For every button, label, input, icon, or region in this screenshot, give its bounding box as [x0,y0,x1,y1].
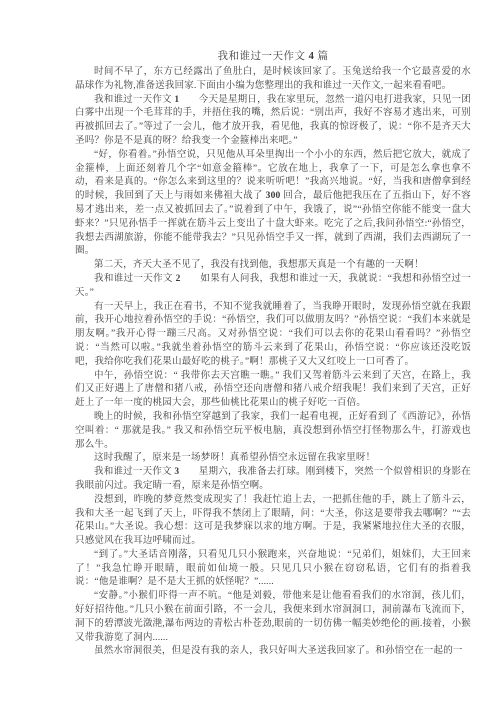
text-run: 我和谁过一天作文 [94,95,174,105]
document-canvas: { "page": { "background": "#ffffff", "te… [0,0,496,702]
text-run: 我和谁过一天作文 [218,51,309,62]
document-page: 我和谁过一天作文 4 篇 时间不早了，东方已经露出了鱼肚白，是时候该回家了。玉兔… [75,50,471,659]
paragraph: 时间不早了，东方已经露出了鱼肚白，是时候该回家了。玉兔送给我一个它最喜爱的水晶球… [75,66,471,94]
text-run: “到了。”大圣话音刚落，只看见几只小猴跑来，兴奋地说：“兄弟们，姐妹们，大王回来… [75,550,471,588]
text-run: “安静。”小猴们吓得一声不吭。“他是刘毅，带他来是让他看看我们的水帘洞，孩儿们，… [75,591,471,642]
paragraph: 有一天早上，我正在看书，不知不觉我就睡着了，当我睁开眼时，发现孙悟空就在我跟前，… [75,301,471,370]
document-title: 我和谁过一天作文 4 篇 [75,50,471,64]
text-run: 没想到，昨晚的梦竟然变成现实了！我赶忙追上去，一把抓住他的手，跳上了筋斗云，我和… [75,495,471,546]
paragraph: 晚上的时候，我和孙悟空穿越到了我家，我们一起看电视，正好看到了《西游记》，孙悟空… [75,411,471,452]
text-run: 第二天，齐天大圣不见了，我没有找到他，我想那天真是一个有趣的一天啊！ [94,260,424,270]
paragraph: 中午，孙悟空说：“ 我带你去天宫瞧一瞧。” 我们又驾着筋斗云来到了天宫，在路上，… [75,370,471,411]
paragraph: 这时我醒了，原来是一场梦呀！真希望孙悟空永远留在我家里呀！ [75,452,471,466]
text-run: 晚上的时候，我和孙悟空穿越到了我家，我们一起看电视，正好看到了《西游记》，孙悟空… [75,412,471,450]
text-run: 我和谁过一天作文 [94,467,174,477]
paragraph: 我和谁过一天作文 2 如果有人问我，我想和谁过一天，我就说：“我想和孙悟空过一天… [75,273,471,301]
text-run: 篇 [314,51,328,62]
text-run: 中午，孙悟空说：“ 我带你去天宫瞧一瞧。” 我们又驾着筋斗云来到了天宫，在路上，… [75,371,471,409]
paragraph: 没想到，昨晚的梦竟然变成现实了！我赶忙追上去，一把抓住他的手，跳上了筋斗云，我和… [75,494,471,549]
text-run: 时间不早了，东方已经露出了鱼肚白，是时候该回家了。玉兔送给我一个它最喜爱的水晶球… [75,67,471,91]
text-run: 这时我醒了，原来是一场梦呀！真希望孙悟空永远留在我家里呀！ [94,453,375,463]
paragraph: “安静。”小猴们吓得一声不吭。“他是刘毅，带他来是让他看看我们的水帘洞，孩儿们，… [75,590,471,645]
text-run: 虽然水帘洞很美，但是没有我的亲人，我只好叫大圣送我回家了。和孙悟空在一起的一 [94,646,463,656]
number-run: 300 [266,191,281,201]
text-run: 有一天早上，我正在看书，不知不觉我就睡着了，当我睁开眼时，发现孙悟空就在我跟前，… [75,302,471,367]
paragraph: “到了。”大圣话音刚落，只看见几只小猴跑来，兴奋地说：“兄弟们，姐妹们，大王回来… [75,549,471,590]
paragraph: 我和谁过一天作文 3 星期六，我准备去打球。刚到楼下，突然一个似曾相识的身影在我… [75,466,471,494]
text-run: 我和谁过一天作文 [94,274,176,284]
document-body: 时间不早了，东方已经露出了鱼肚白，是时候该回家了。玉兔送给我一个它最喜爱的水晶球… [75,66,471,659]
paragraph: 虽然水帘洞很美，但是没有我的亲人，我只好叫大圣送我回家了。和孙悟空在一起的一 [75,645,471,659]
paragraph: 第二天，齐天大圣不见了，我没有找到他，我想那天真是一个有趣的一天啊！ [75,259,471,273]
paragraph: 我和谁过一天作文 1 今天是星期日，我在家里玩，忽然一道闪电打进我家，只见一团白… [75,94,471,149]
paragraph: “好，你看着。”孙悟空说，只见他从耳朵里掏出一个小小的东西，然后把它放大，就成了… [75,149,471,259]
